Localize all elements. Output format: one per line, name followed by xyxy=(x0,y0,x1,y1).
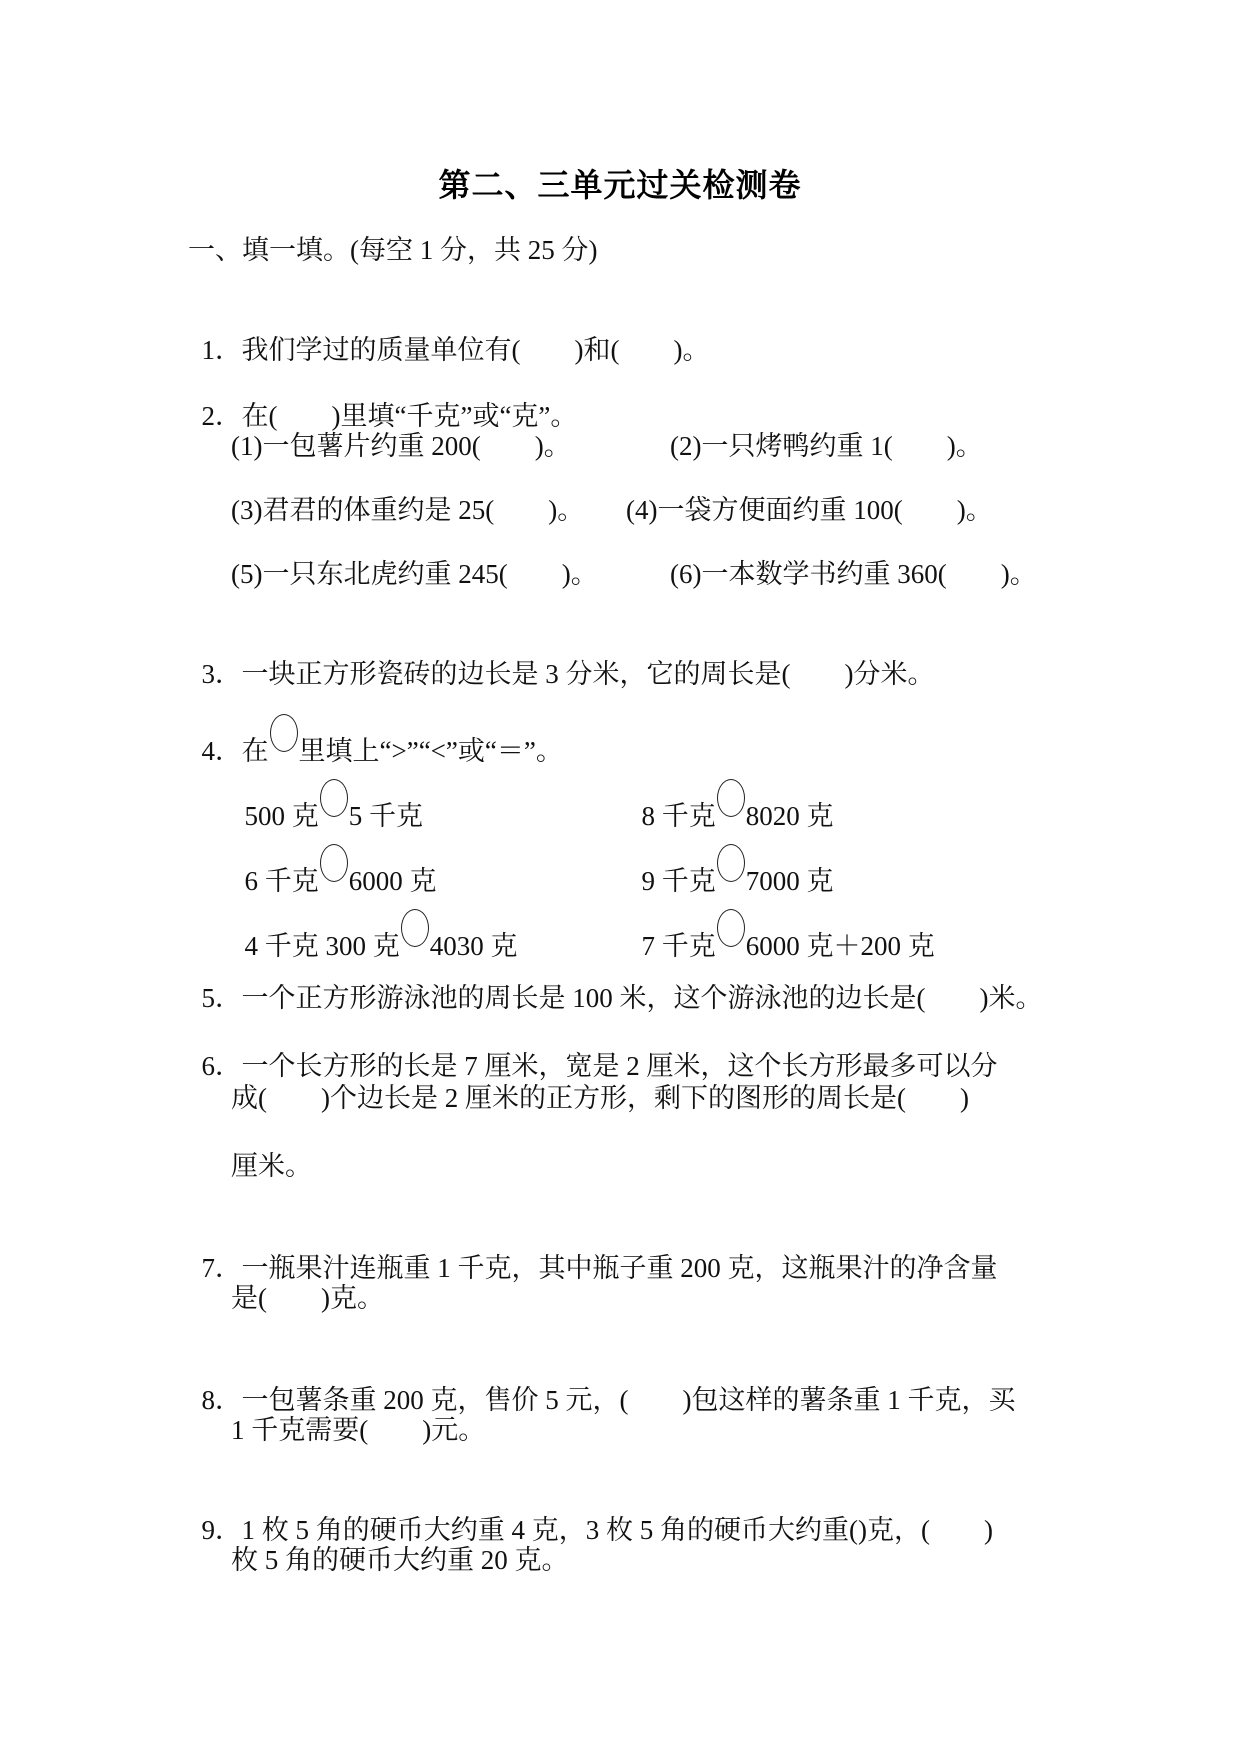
question-5: 5．一个正方形游泳池的周长是 100 米，这个游泳池的边长是( )米。 xyxy=(188,944,1042,1016)
compare-circle-input[interactable] xyxy=(320,779,348,817)
compare-circle-icon xyxy=(270,714,298,752)
question-8: 8．一包薯条重 200 克，售价 5 元，( )包这样的薯条重 1 千克，买 xyxy=(188,1346,1015,1418)
q2-item-5: (5)一只东北虎约重 245( )。 xyxy=(231,556,598,592)
question-text: 1 枚 5 角的硬币大约重 4 克，3 枚 5 角的硬币大约重()克，( ) xyxy=(242,1515,993,1545)
q2-item-3: (3)君君的体重约是 25( )。 xyxy=(231,492,584,528)
question-6-line-2: 成( )个边长是 2 厘米的正方形，剩下的图形的周长是( ) xyxy=(231,1080,969,1116)
question-text: 一瓶果汁连瓶重 1 千克，其中瓶子重 200 克，这瓶果汁的净含量 xyxy=(242,1253,998,1283)
q2-item-1: (1)一包薯片约重 200( )。 xyxy=(231,428,571,464)
question-8-line-2: 1 千克需要( )元。 xyxy=(231,1412,485,1448)
question-number: 6． xyxy=(202,1048,242,1084)
compare-circle-input[interactable] xyxy=(717,909,745,947)
question-2: 2．在( )里填“千克”或“克”。 xyxy=(188,362,577,434)
page-title: 第二、三单元过关检测卷 xyxy=(0,160,1240,206)
question-6: 6．一个长方形的长是 7 厘米，宽是 2 厘米，这个长方形最多可以分 xyxy=(188,1012,998,1084)
compare-circle-input[interactable] xyxy=(320,844,348,882)
q2-item-2: (2)一只烤鸭约重 1( )。 xyxy=(670,428,983,464)
question-7: 7．一瓶果汁连瓶重 1 千克，其中瓶子重 200 克，这瓶果汁的净含量 xyxy=(188,1214,998,1286)
question-text: 一个正方形游泳池的周长是 100 米，这个游泳池的边长是( )米。 xyxy=(242,983,1043,1013)
q2-item-4: (4)一袋方便面约重 100( )。 xyxy=(626,492,993,528)
q2-item-6: (6)一本数学书约重 360( )。 xyxy=(670,556,1037,592)
question-1: 1．我们学过的质量单位有( )和( )。 xyxy=(188,296,709,368)
question-text: 一块正方形瓷砖的边长是 3 分米，它的周长是( )分米。 xyxy=(242,659,935,689)
compare-circle-input[interactable] xyxy=(717,844,745,882)
question-6-line-3: 厘米。 xyxy=(231,1148,312,1184)
question-7-line-2: 是( )克。 xyxy=(231,1280,384,1316)
compare-circle-input[interactable] xyxy=(401,909,429,947)
question-text: 一包薯条重 200 克，售价 5 元，( )包这样的薯条重 1 千克，买 xyxy=(242,1385,1016,1415)
question-9-line-2: 枚 5 角的硬币大约重 20 克。 xyxy=(231,1542,569,1578)
question-text: 我们学过的质量单位有( )和( )。 xyxy=(242,335,710,365)
question-number: 5． xyxy=(202,980,242,1016)
compare-circle-input[interactable] xyxy=(717,779,745,817)
question-text: 在( )里填“千克”或“克”。 xyxy=(242,401,578,431)
question-9: 9．1 枚 5 角的硬币大约重 4 克，3 枚 5 角的硬币大约重()克，( ) xyxy=(188,1476,993,1548)
section-heading: 一、填一填。(每空 1 分，共 25 分) xyxy=(188,232,597,268)
question-number: 3． xyxy=(202,656,242,692)
question-3: 3．一块正方形瓷砖的边长是 3 分米，它的周长是( )分米。 xyxy=(188,620,934,692)
question-text: 一个长方形的长是 7 厘米，宽是 2 厘米，这个长方形最多可以分 xyxy=(242,1051,998,1081)
